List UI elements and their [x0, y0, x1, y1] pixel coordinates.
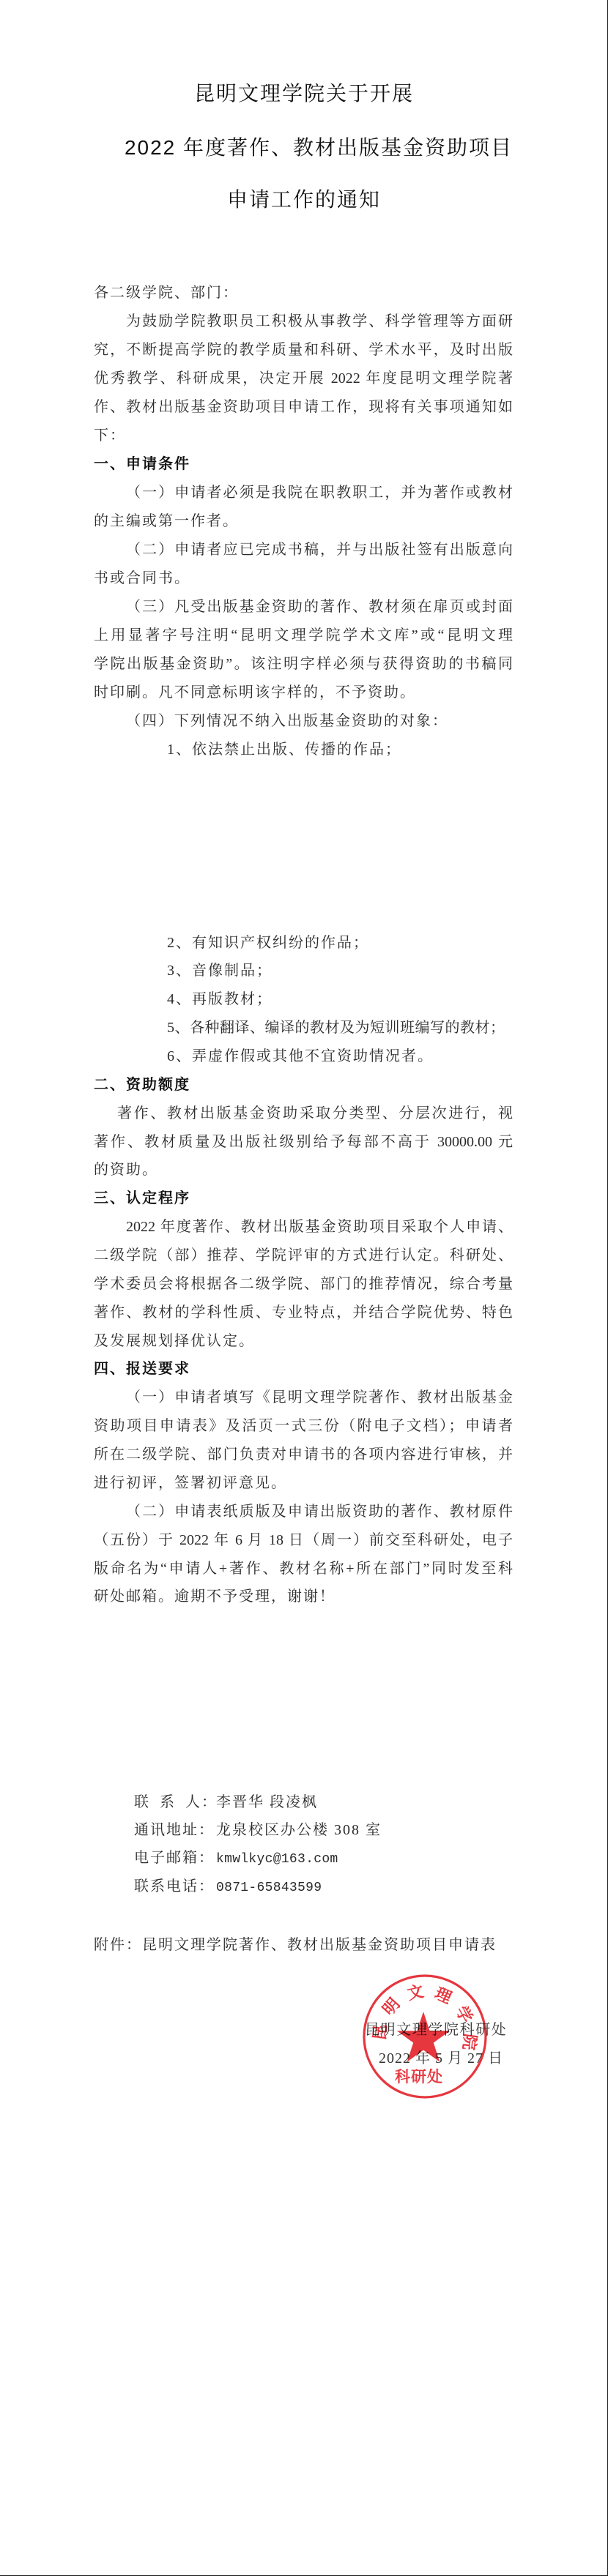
procedure-line: 2022 年度著作、教材出版基金资助项目采取个人申请、 — [94, 1213, 513, 1242]
condition-1-line: 的主编或第一作者。 — [94, 507, 513, 536]
excluded-item: 1、依法禁止出版、传播的作品； — [94, 736, 513, 764]
section-heading-funding-amount: 二、资助额度 — [94, 1071, 513, 1100]
condition-3-line: 上用显著字号注明“昆明文理学院学术文库”或“昆明文理 — [94, 621, 513, 650]
contact-person-row: 联 系 人：李晋华 段凌枫 — [134, 1788, 382, 1816]
submission-2-line: （二）申请表纸质版及申请出版资助的著作、教材原件 — [94, 1498, 513, 1526]
section-heading-application-conditions: 一、申请条件 — [94, 450, 513, 479]
section-heading-submission-requirements: 四、报送要求 — [94, 1355, 513, 1384]
intro-line: 作、教材出版基金资助项目申请工作，现将有关事项通知如 — [94, 393, 513, 422]
submission-2-line: 研处邮箱。逾期不予受理，谢谢！ — [94, 1583, 513, 1611]
excluded-item: 6、弄虚作假或其他不宜资助情况者。 — [94, 1042, 513, 1071]
contact-info: 联 系 人：李晋华 段凌枫 通讯地址：龙泉校区办公楼 308 室 电子邮箱：km… — [134, 1788, 382, 1900]
submission-1-line: 资助项目申请表》及活页一式三份（附电子文档）；申请者 — [94, 1412, 513, 1441]
condition-3-line: （三）凡受出版基金资助的著作、教材须在扉页或封面 — [94, 593, 513, 621]
condition-2-line: 书或合同书。 — [94, 564, 513, 593]
excluded-item: 4、再版教材； — [94, 985, 513, 1014]
procedure-line: 二级学院（部）推荐、学院评审的方式进行认定。科研处、 — [94, 1242, 513, 1270]
submission-1-line: （一）申请者填写《昆明文理学院著作、教材出版基金 — [94, 1384, 513, 1412]
contact-phone-label: 联系电话： — [134, 1873, 216, 1900]
salutation: 各二级学院、部门： — [94, 279, 513, 307]
contact-email-row: 电子邮箱：kmwlkyc@163.com — [134, 1844, 382, 1872]
submission-2-line: （五份）于 2022 年 6 月 18 日（周一）前交至科研处，电子 — [94, 1526, 513, 1555]
contact-person-value: 李晋华 段凌枫 — [216, 1794, 318, 1810]
attachment-note: 附件：昆明文理学院著作、教材出版基金资助项目申请表 — [94, 1931, 497, 1959]
submission-1-line: 进行初评，签署初评意见。 — [94, 1469, 513, 1498]
submission-2-line: 版命名为“申请人+著作、教材名称+所在部门”同时发至科 — [94, 1555, 513, 1583]
title-line-3: 申请工作的通知 — [0, 185, 608, 214]
title-line-1: 昆明文理学院关于开展 — [0, 79, 608, 108]
intro-line: 为鼓励学院教职员工积极从事教学、科学管理等方面研 — [94, 307, 513, 336]
funding-line: 著作、教材出版基金资助采取分类型、分层次进行，视 — [94, 1100, 513, 1128]
condition-2-line: （二）申请者应已完成书稿，并与出版社签有出版意向 — [94, 536, 513, 564]
section-heading-review-procedure: 三、认定程序 — [94, 1184, 513, 1213]
intro-line: 究，不断提高学院的教学质量和科研、学术水平，及时出版 — [94, 336, 513, 365]
condition-3-line: 学院出版基金资助”。该注明字样必须与获得资助的书稿同 — [94, 650, 513, 679]
contact-address-label: 通讯地址： — [134, 1816, 216, 1844]
procedure-line: 及发展规划择优认定。 — [94, 1327, 513, 1356]
contact-phone-value: 0871-65843599 — [216, 1881, 322, 1895]
contact-address-row: 通讯地址：龙泉校区办公楼 308 室 — [134, 1816, 382, 1844]
contact-phone-row: 联系电话：0871-65843599 — [134, 1873, 382, 1900]
intro-line: 下： — [94, 422, 513, 450]
official-seal: 昆明文理学院 科研处 — [359, 1971, 491, 2102]
title-line-2: 2022 年度著作、教材出版基金资助项目 — [0, 133, 608, 163]
excluded-item: 2、有知识产权纠纷的作品； — [94, 929, 513, 957]
seal-bottom-text: 科研处 — [395, 2068, 443, 2086]
contact-address-value: 龙泉校区办公楼 308 室 — [216, 1822, 382, 1838]
excluded-item: 3、音像制品； — [94, 957, 513, 985]
contact-email-label: 电子邮箱： — [134, 1844, 216, 1872]
body-part-1: 各二级学院、部门： 为鼓励学院教职员工积极从事教学、科学管理等方面研 究，不断提… — [94, 279, 513, 765]
star-icon — [397, 2012, 450, 2062]
excluded-item: 5、各种翻译、编译的教材及为短训班编写的教材； — [94, 1014, 513, 1042]
funding-line: 的资助。 — [94, 1156, 513, 1184]
contact-email-value: kmwlkyc@163.com — [216, 1852, 338, 1867]
funding-line: 著作、教材质量及出版社级别给予每部不高于 30000.00 元 — [94, 1128, 513, 1157]
intro-line: 优秀教学、科研成果，决定开展 2022 年度昆明文理学院著 — [94, 365, 513, 393]
condition-4-line: （四）下列情况不纳入出版基金资助的对象： — [94, 707, 513, 736]
submission-1-line: 所在二级学院、部门负责对申请书的各项内容进行审核，并 — [94, 1441, 513, 1469]
notice-document: 昆明文理学院关于开展 2022 年度著作、教材出版基金资助项目 申请工作的通知 … — [0, 0, 608, 2576]
body-part-2: 2、有知识产权纠纷的作品； 3、音像制品； 4、再版教材； 5、各种翻译、编译的… — [94, 929, 513, 1612]
procedure-line: 学术委员会将根据各二级学院、部门的推荐情况，综合考量 — [94, 1270, 513, 1299]
condition-1-line: （一）申请者必须是我院在职教职工，并为著作或教材 — [94, 479, 513, 507]
procedure-line: 著作、教材的学科性质、专业特点，并结合学院优势、特色 — [94, 1299, 513, 1327]
contact-person-label: 联 系 人： — [134, 1788, 216, 1816]
condition-3-line: 时印刷。凡不同意标明该字样的，不予资助。 — [94, 679, 513, 707]
